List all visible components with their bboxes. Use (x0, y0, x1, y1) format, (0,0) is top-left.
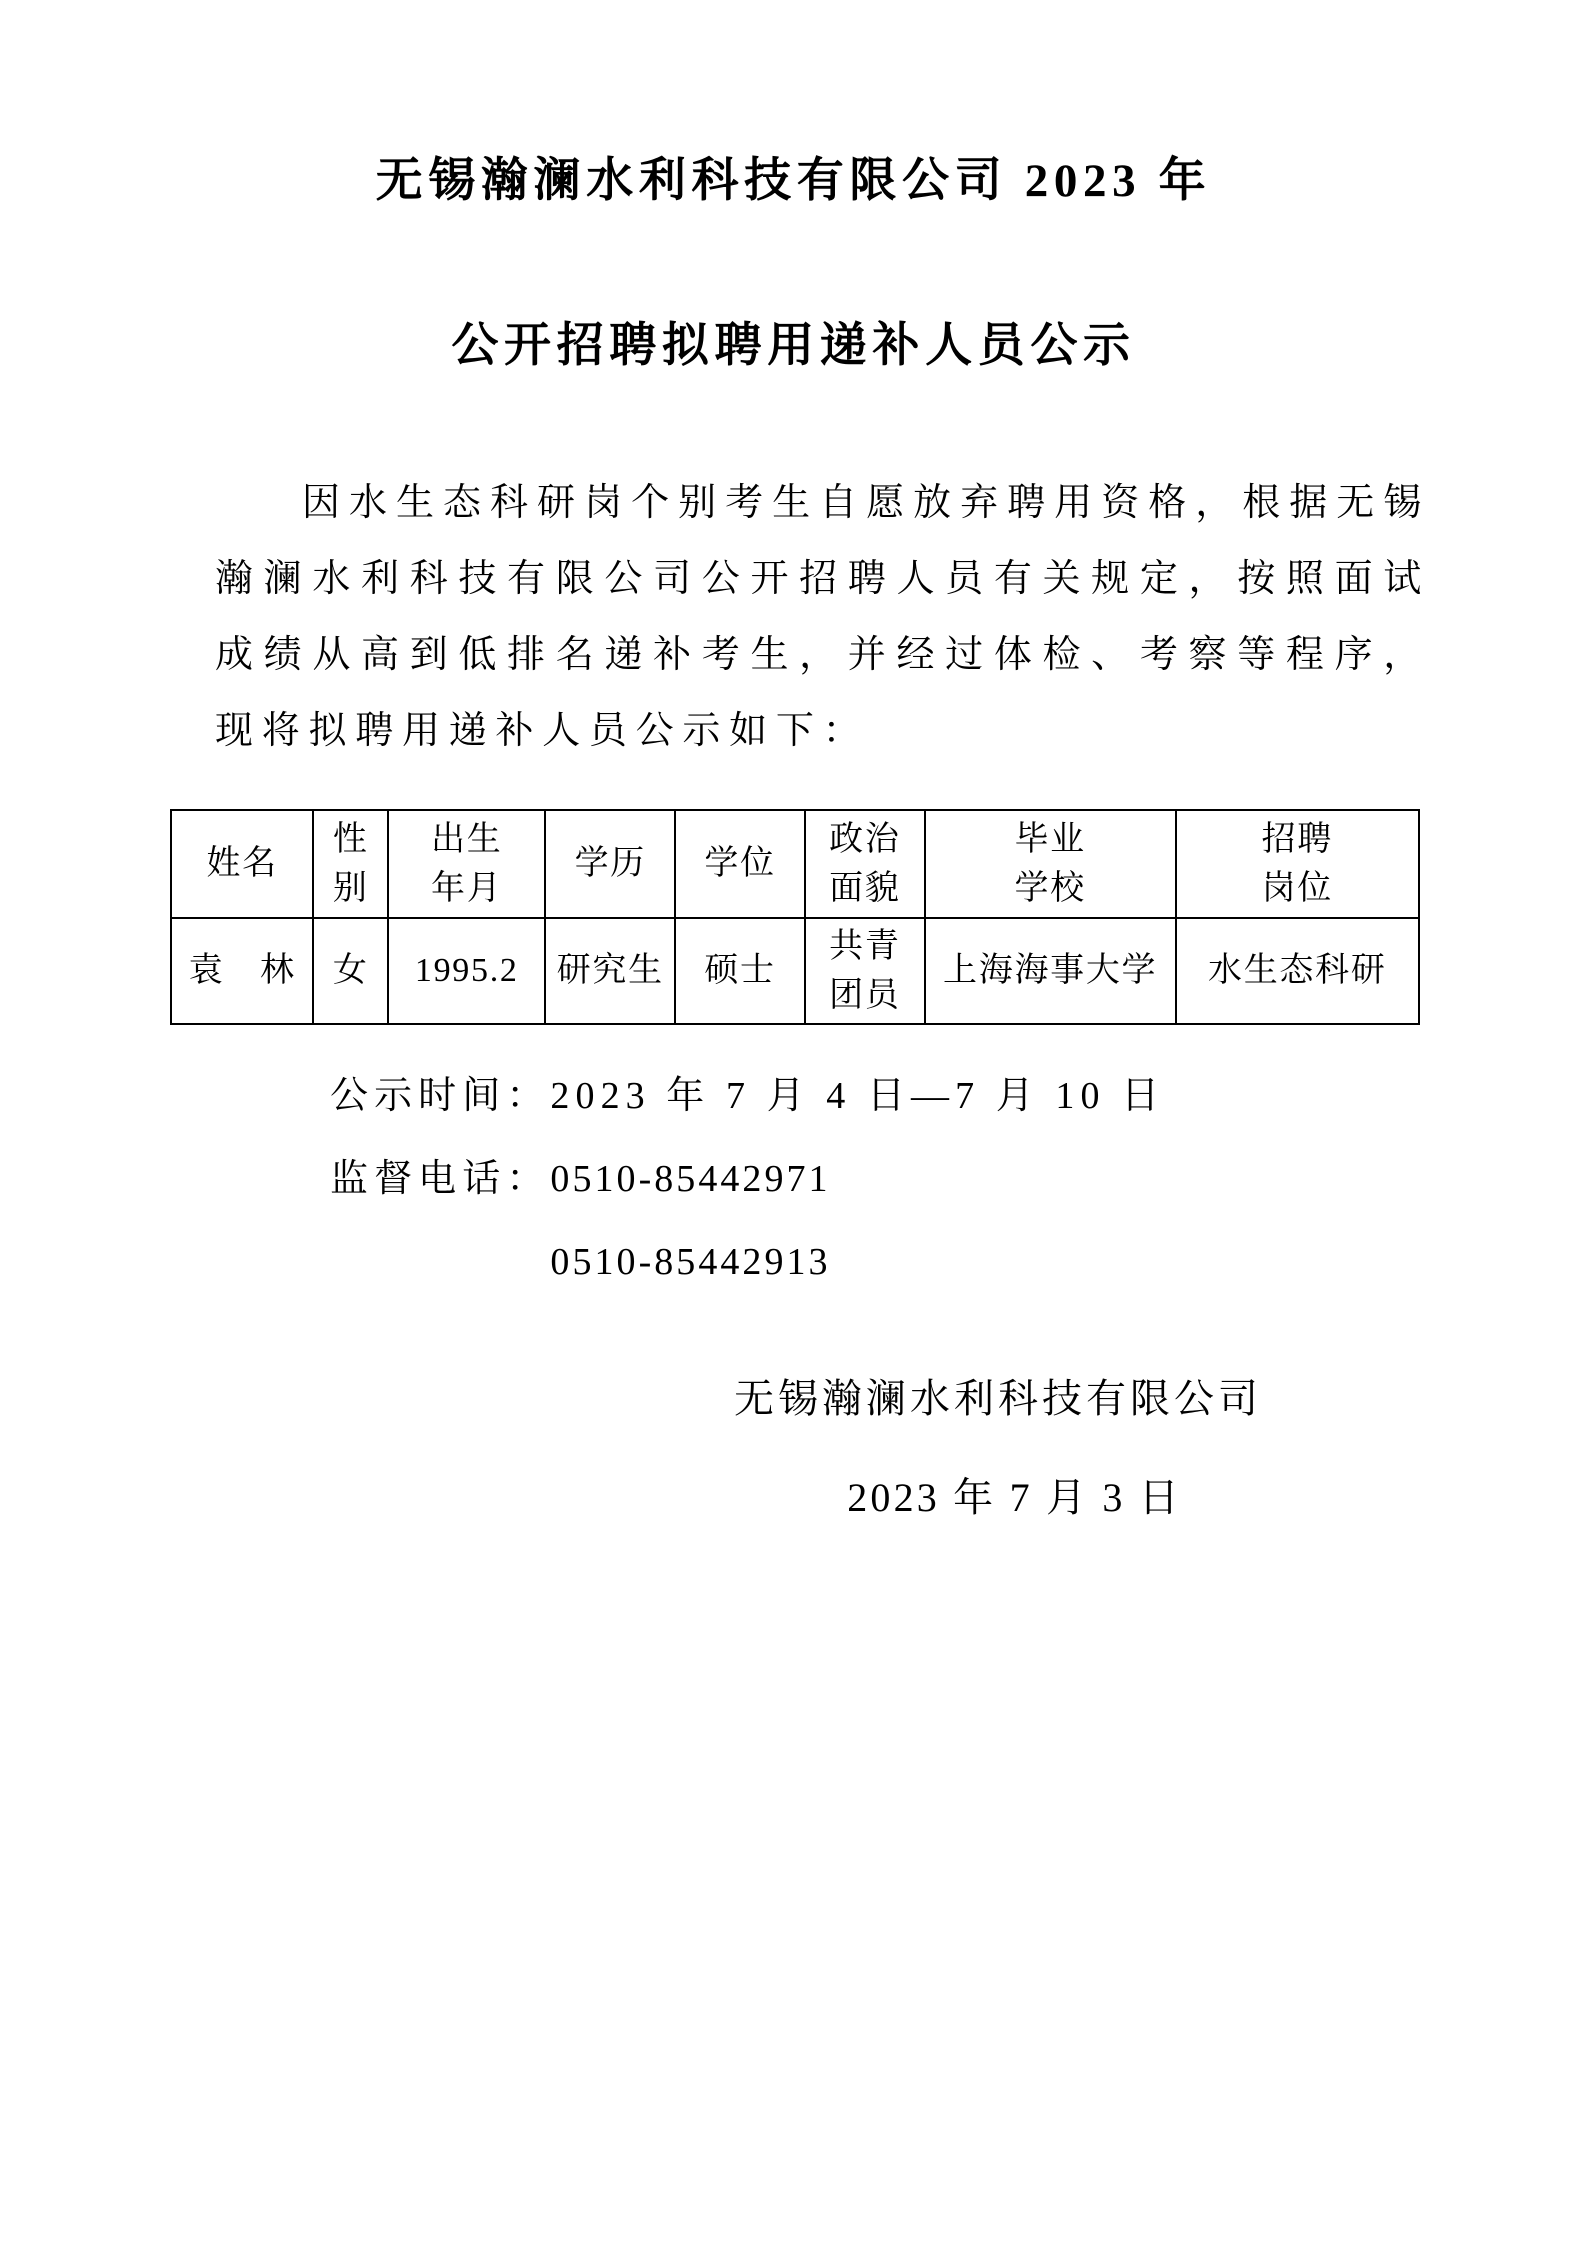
supervision-phone-line: 监督电话： 0510-85442971 0510-85442913 (330, 1138, 1430, 1304)
cell-gender: 女 (313, 918, 388, 1024)
document-title-line-1: 无锡瀚澜水利科技有限公司 2023 年 (0, 150, 1587, 212)
cell-recruit-position: 水生态科研 (1176, 918, 1419, 1024)
cell-name: 袁 林 (171, 918, 313, 1024)
candidate-table: 姓名 性 别 出生 年月 学历 学位 政治 面貌 毕业 学校 招聘 岗位 袁 林… (170, 809, 1420, 1025)
supervision-phone-numbers: 0510-85442971 0510-85442913 (550, 1138, 830, 1304)
cell-education: 研究生 (545, 918, 675, 1024)
header-cell-graduate-school: 毕业 学校 (925, 810, 1176, 918)
supervision-phone-label: 监督电话： (330, 1138, 550, 1221)
publicity-period-line: 公示时间：2023 年 7 月 4 日—7 月 10 日 (330, 1055, 1430, 1138)
header-cell-name: 姓名 (171, 810, 313, 918)
signature-company: 无锡瀚澜水利科技有限公司 (215, 1368, 1430, 1430)
signature-date: 2023 年 7 月 3 日 (215, 1470, 1430, 1526)
cell-political-status: 共青团员 (805, 918, 925, 1024)
info-block: 公示时间：2023 年 7 月 4 日—7 月 10 日 监督电话： 0510-… (215, 1055, 1430, 1304)
table-header-row: 姓名 性 别 出生 年月 学历 学位 政治 面貌 毕业 学校 招聘 岗位 (171, 810, 1419, 918)
supervision-phone-1: 0510-85442971 (550, 1138, 830, 1221)
publicity-period-value: 2023 年 7 月 4 日—7 月 10 日 (550, 1075, 1165, 1117)
document-title-line-2: 公开招聘拟聘用递补人员公示 (0, 315, 1587, 377)
header-cell-gender: 性 别 (313, 810, 388, 918)
table-row: 袁 林 女 1995.2 研究生 硕士 共青团员 上海海事大学 水生态科研 (171, 918, 1419, 1024)
publicity-period-label: 公示时间： (330, 1075, 550, 1117)
header-cell-political-status: 政治 面貌 (805, 810, 925, 918)
header-cell-birth-date: 出生 年月 (388, 810, 545, 918)
cell-degree: 硕士 (675, 918, 805, 1024)
supervision-phone-2: 0510-85442913 (550, 1221, 830, 1304)
header-cell-recruit-position: 招聘 岗位 (1176, 810, 1419, 918)
body-paragraph: 因水生态科研岗个别考生自愿放弃聘用资格，根据无锡瀚澜水利科技有限公司公开招聘人员… (215, 465, 1430, 769)
header-cell-education: 学历 (545, 810, 675, 918)
cell-birth-date: 1995.2 (388, 918, 545, 1024)
announcement-page: 无锡瀚澜水利科技有限公司 2023 年 公开招聘拟聘用递补人员公示 因水生态科研… (0, 0, 1587, 2245)
header-cell-degree: 学位 (675, 810, 805, 918)
cell-graduate-school: 上海海事大学 (925, 918, 1176, 1024)
